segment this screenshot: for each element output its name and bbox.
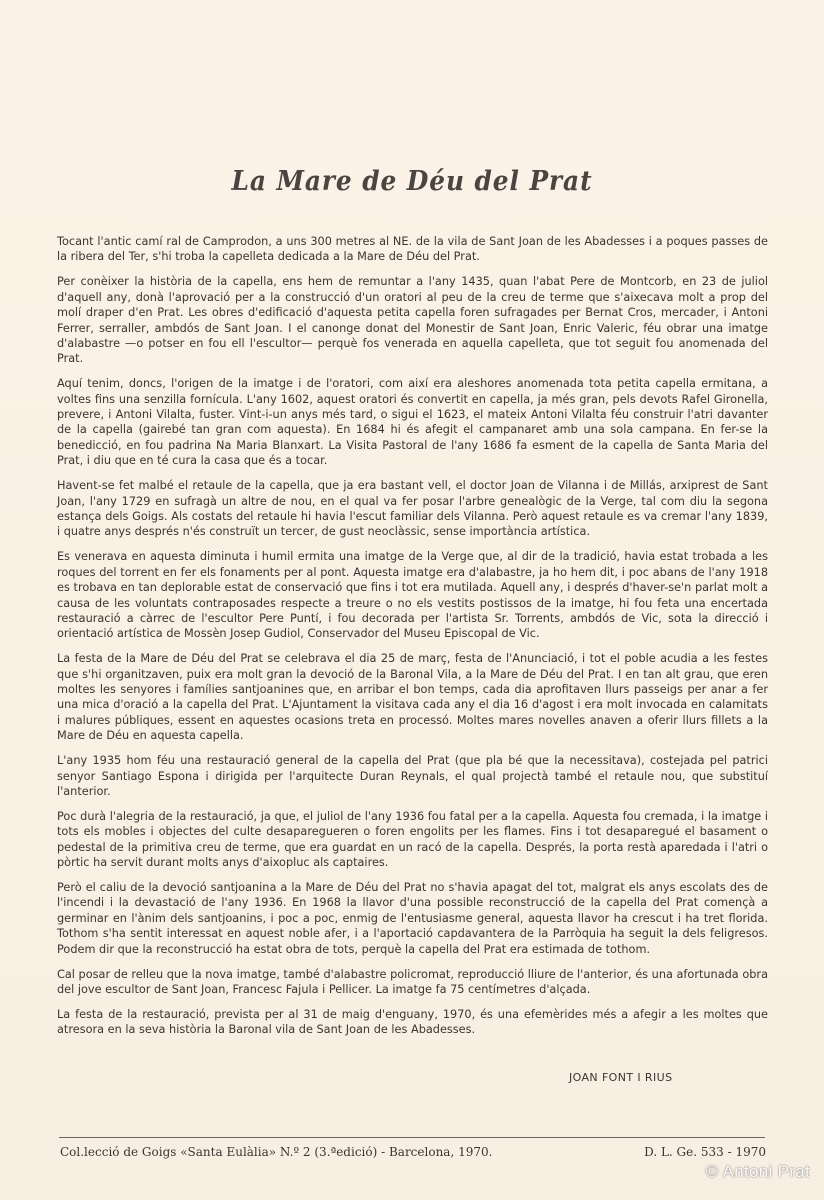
paragraph: Poc durà l'alegria de la restauració, ja… (57, 809, 768, 871)
paragraph: Aquí tenim, doncs, l'origen de la imatge… (57, 376, 768, 468)
paragraph: La festa de la restauració, prevista per… (57, 1007, 768, 1038)
paragraph: Cal posar de relleu que la nova imatge, … (57, 967, 768, 998)
author-signature: JOAN FONT I RIUS (569, 1071, 672, 1084)
paragraph: La festa de la Mare de Déu del Prat se c… (57, 651, 768, 743)
footer-legal-deposit: D. L. Ge. 533 - 1970 (644, 1145, 766, 1159)
page-title: La Mare de Déu del Prat (33, 166, 791, 197)
paragraph: Però el caliu de la devoció santjoanina … (57, 880, 768, 957)
copyright-watermark: © Antoni Prat (706, 1162, 810, 1182)
footer-collection: Col.lecció de Goigs «Santa Eulàlia» N.º … (60, 1145, 492, 1159)
article-body: Tocant l'antic camí ral de Camprodon, a … (57, 234, 768, 1047)
paragraph: Es venerava en aquesta diminuta i humil … (57, 549, 768, 641)
footer-divider (59, 1137, 765, 1138)
paragraph: L'any 1935 hom féu una restauració gener… (57, 753, 768, 799)
paragraph: Havent-se fet malbé el retaule de la cap… (57, 478, 768, 540)
document-page: La Mare de Déu del Prat Tocant l'antic c… (0, 0, 824, 1200)
paragraph: Tocant l'antic camí ral de Camprodon, a … (57, 234, 768, 265)
paragraph: Per conèixer la història de la capella, … (57, 274, 768, 366)
